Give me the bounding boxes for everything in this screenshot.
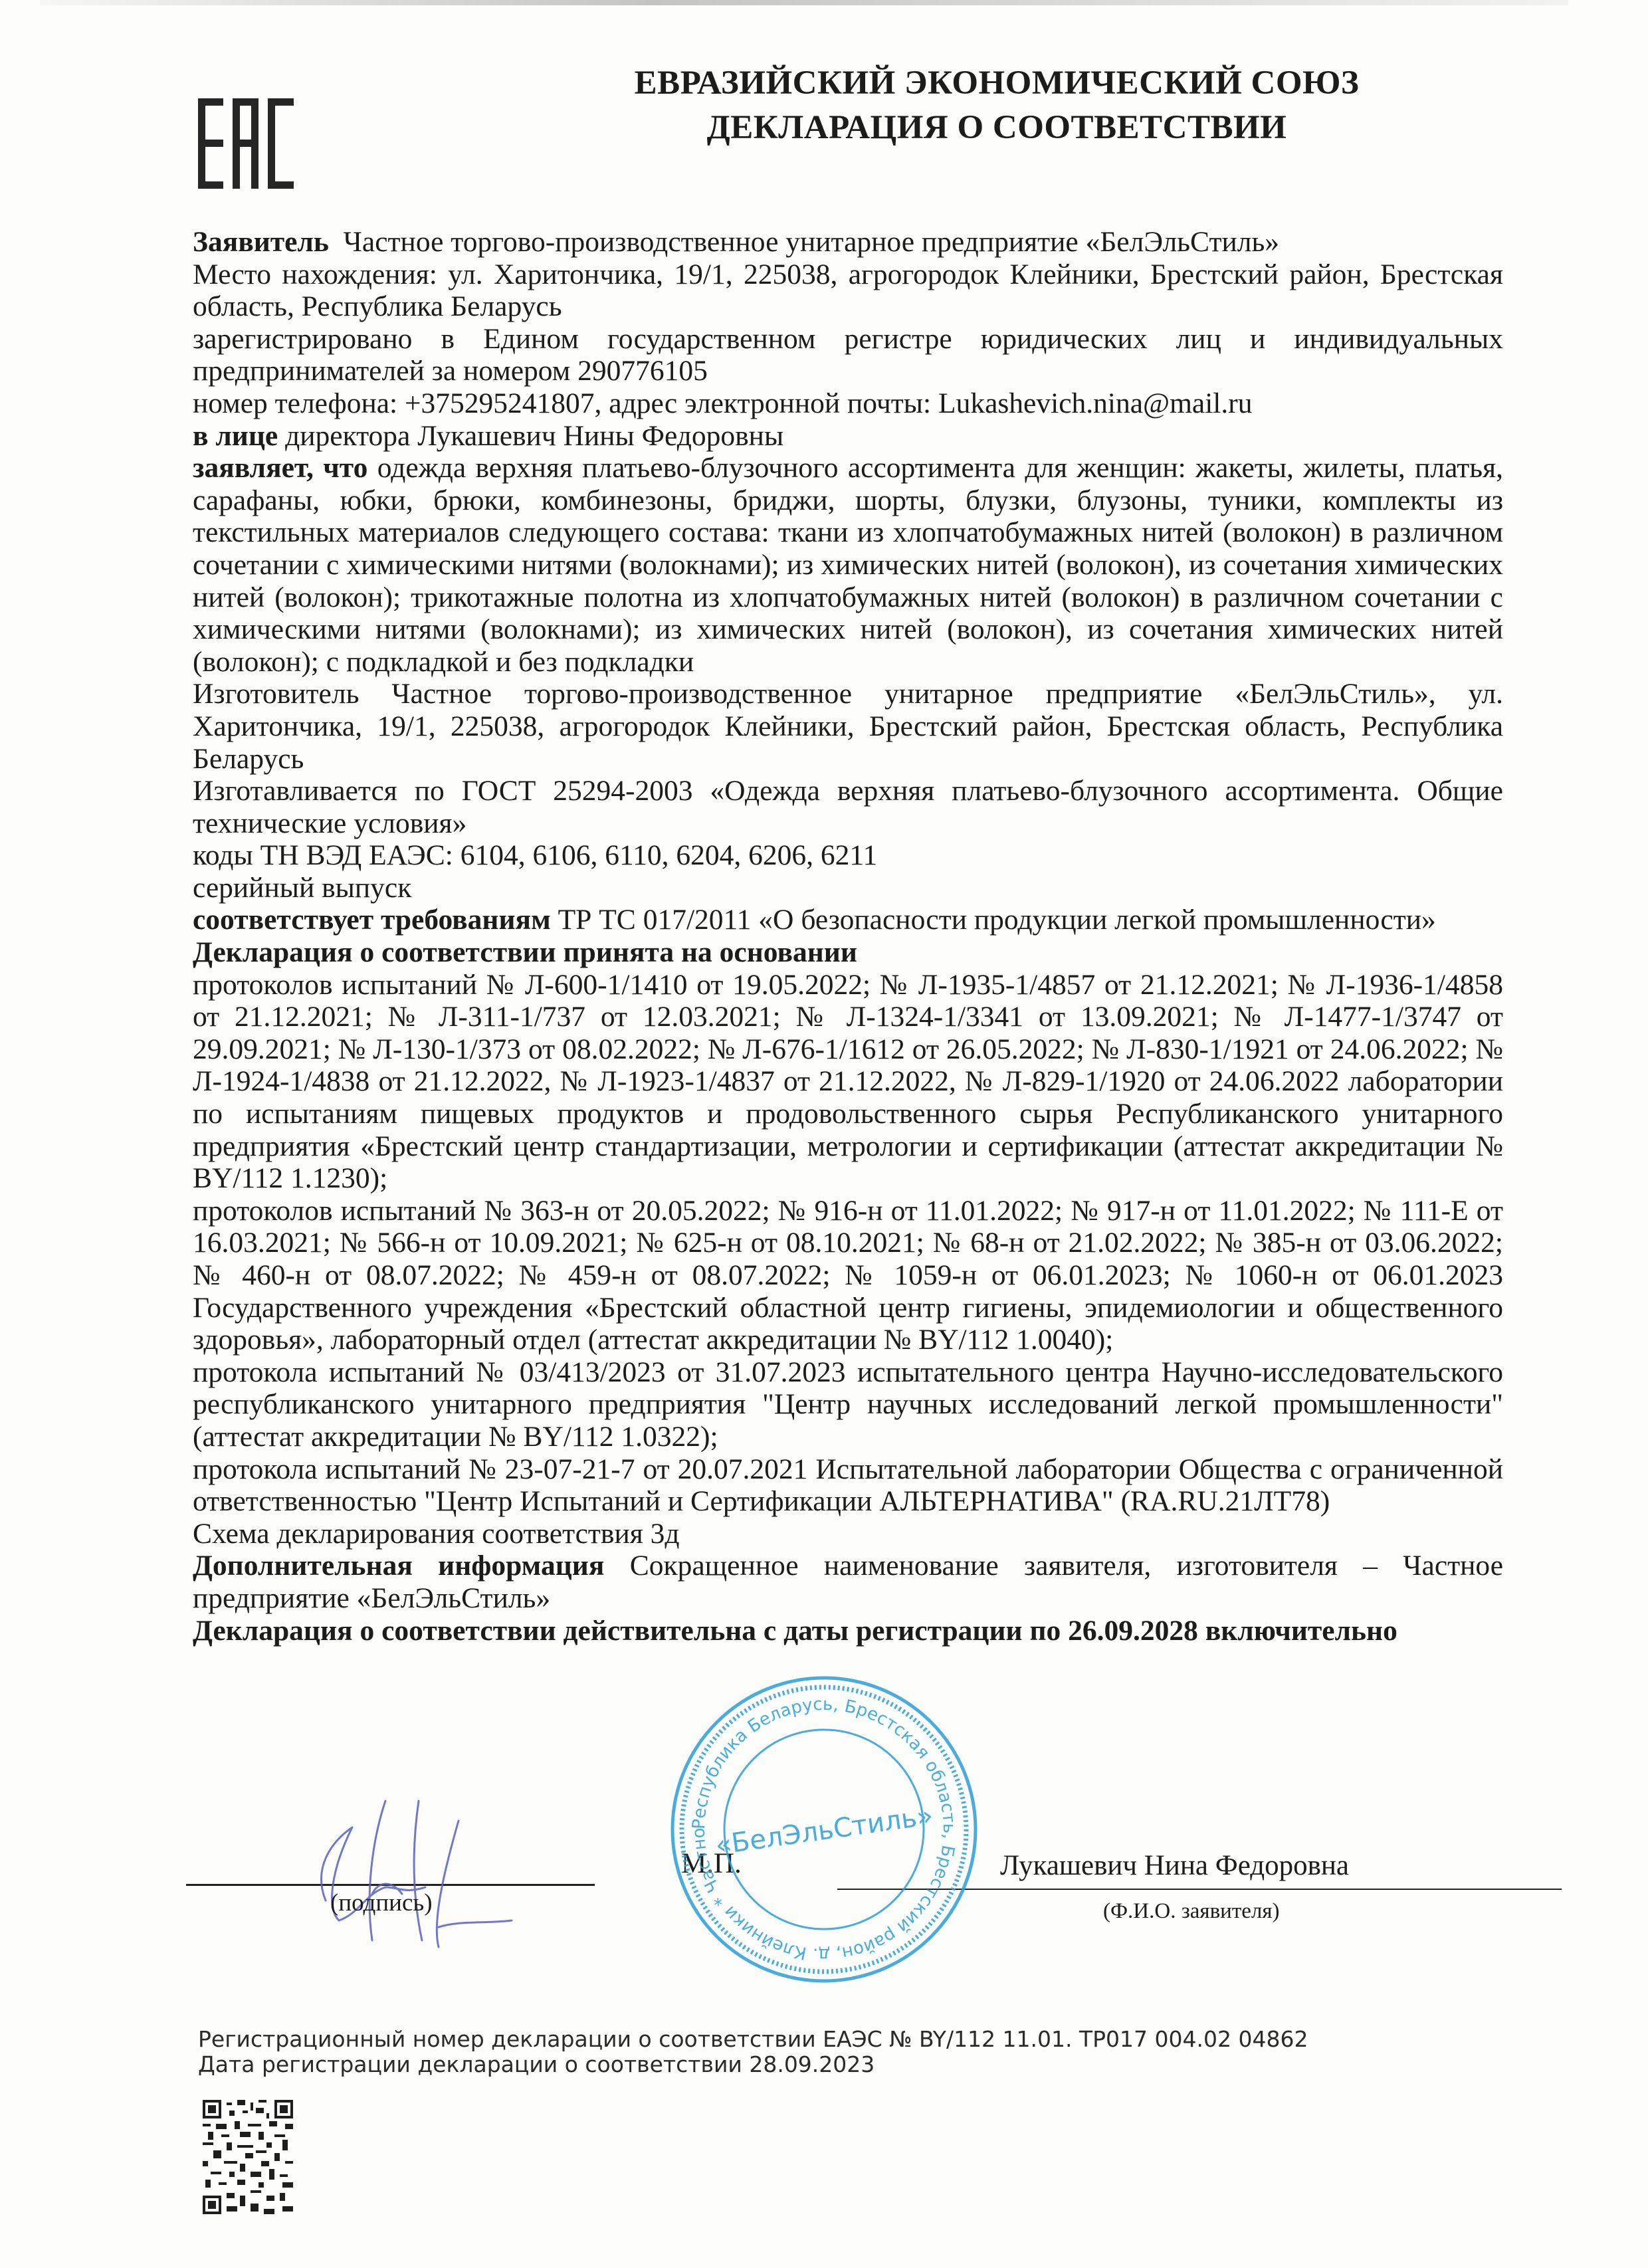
basis-item: протоколов испытаний № 363-н от 20.05.20…: [193, 1195, 1503, 1356]
customs-codes: коды ТН ВЭД ЕАЭС: 6104, 6106, 6110, 6204…: [193, 839, 1503, 872]
applicant-label: Заявитель: [193, 226, 329, 258]
declaration-body: Заявитель Частное торгово-производственн…: [193, 226, 1503, 1647]
represented-label: в лице: [193, 420, 278, 452]
signature-caption: (подпись): [330, 1889, 433, 1917]
scan-edge: [40, 0, 1568, 5]
validity: Декларация о соответствии действительна …: [193, 1615, 1503, 1647]
document-title: ЕВРАЗИЙСКИЙ ЭКОНОМИЧЕСКИЙ СОЮЗ ДЕКЛАРАЦИ…: [598, 61, 1395, 150]
represented-by-line: в лице директора Лукашевич Нины Федоровн…: [193, 420, 1503, 453]
manufacturer: Изготовитель Частное торгово-производств…: [193, 678, 1503, 775]
production-type: серийный выпуск: [193, 872, 1503, 904]
applicant-address: Место нахождения: ул. Харитончика, 19/1,…: [193, 258, 1503, 323]
additional-label: Дополнительная информация: [193, 1550, 604, 1582]
complies-label: соответствует требованиям: [193, 904, 551, 936]
title-declaration: ДЕКЛАРАЦИЯ О СООТВЕТСТВИИ: [598, 106, 1395, 150]
validity-text: Декларация о соответствии действительна …: [193, 1615, 1397, 1647]
signer-caption: (Ф.И.О. заявителя): [1103, 1899, 1280, 1924]
states-label: заявляет, что: [193, 452, 367, 484]
registration-info: Регистрационный номер декларации о соотв…: [198, 2027, 1308, 2077]
eac-logo-icon: [198, 98, 294, 189]
basis-heading: Декларация о соответствии принята на осн…: [193, 936, 1503, 969]
basis-item: протокола испытаний № 03/413/2023 от 31.…: [193, 1356, 1503, 1453]
additional-info: Дополнительная информация Сокращенное на…: [193, 1550, 1503, 1614]
basis-heading-text: Декларация о соответствии принята на осн…: [193, 936, 857, 968]
signer-name: Лукашевич Нина Федоровна: [1000, 1849, 1349, 1882]
qr-code-icon[interactable]: [203, 2100, 293, 2214]
title-union: ЕВРАЗИЙСКИЙ ЭКОНОМИЧЕСКИЙ СОЮЗ: [598, 61, 1395, 106]
applicant-registration: зарегистрировано в Едином государственно…: [193, 323, 1503, 387]
product-description: заявляет, что одежда верхняя платьево-бл…: [193, 452, 1503, 678]
complies-text: ТР ТС 017/2011 «О безопасности продукции…: [558, 904, 1436, 936]
applicant-contacts: номер телефона: +375295241807, адрес эле…: [193, 387, 1503, 420]
company-seal-stamp: Республика Беларусь, Брестская область, …: [668, 1673, 980, 1986]
declaration-scheme: Схема декларирования соответствия 3д: [193, 1518, 1503, 1550]
applicant-name-line: Заявитель Частное торгово-производственн…: [193, 226, 1503, 258]
basis-item: протокола испытаний № 23-07-21-7 от 20.0…: [193, 1453, 1503, 1518]
represented-by: директора Лукашевич Нины Федоровны: [285, 420, 783, 452]
product-text: одежда верхняя платьево-блузочного ассор…: [193, 452, 1503, 678]
basis-item: протоколов испытаний № Л-600-1/1410 от 1…: [193, 969, 1503, 1195]
applicant-name: Частное торгово-производственное унитарн…: [344, 226, 1279, 258]
signature-scribble: [286, 1788, 525, 1960]
registration-date: Дата регистрации декларации о соответств…: [198, 2052, 1308, 2077]
standard: Изготавливается по ГОСТ 25294-2003 «Одеж…: [193, 775, 1503, 839]
compliance-line: соответствует требованиям ТР ТС 017/2011…: [193, 904, 1503, 936]
registration-number: Регистрационный номер декларации о соотв…: [198, 2027, 1308, 2052]
stamp-center-text: «БелЭльСтиль»: [714, 1800, 935, 1861]
